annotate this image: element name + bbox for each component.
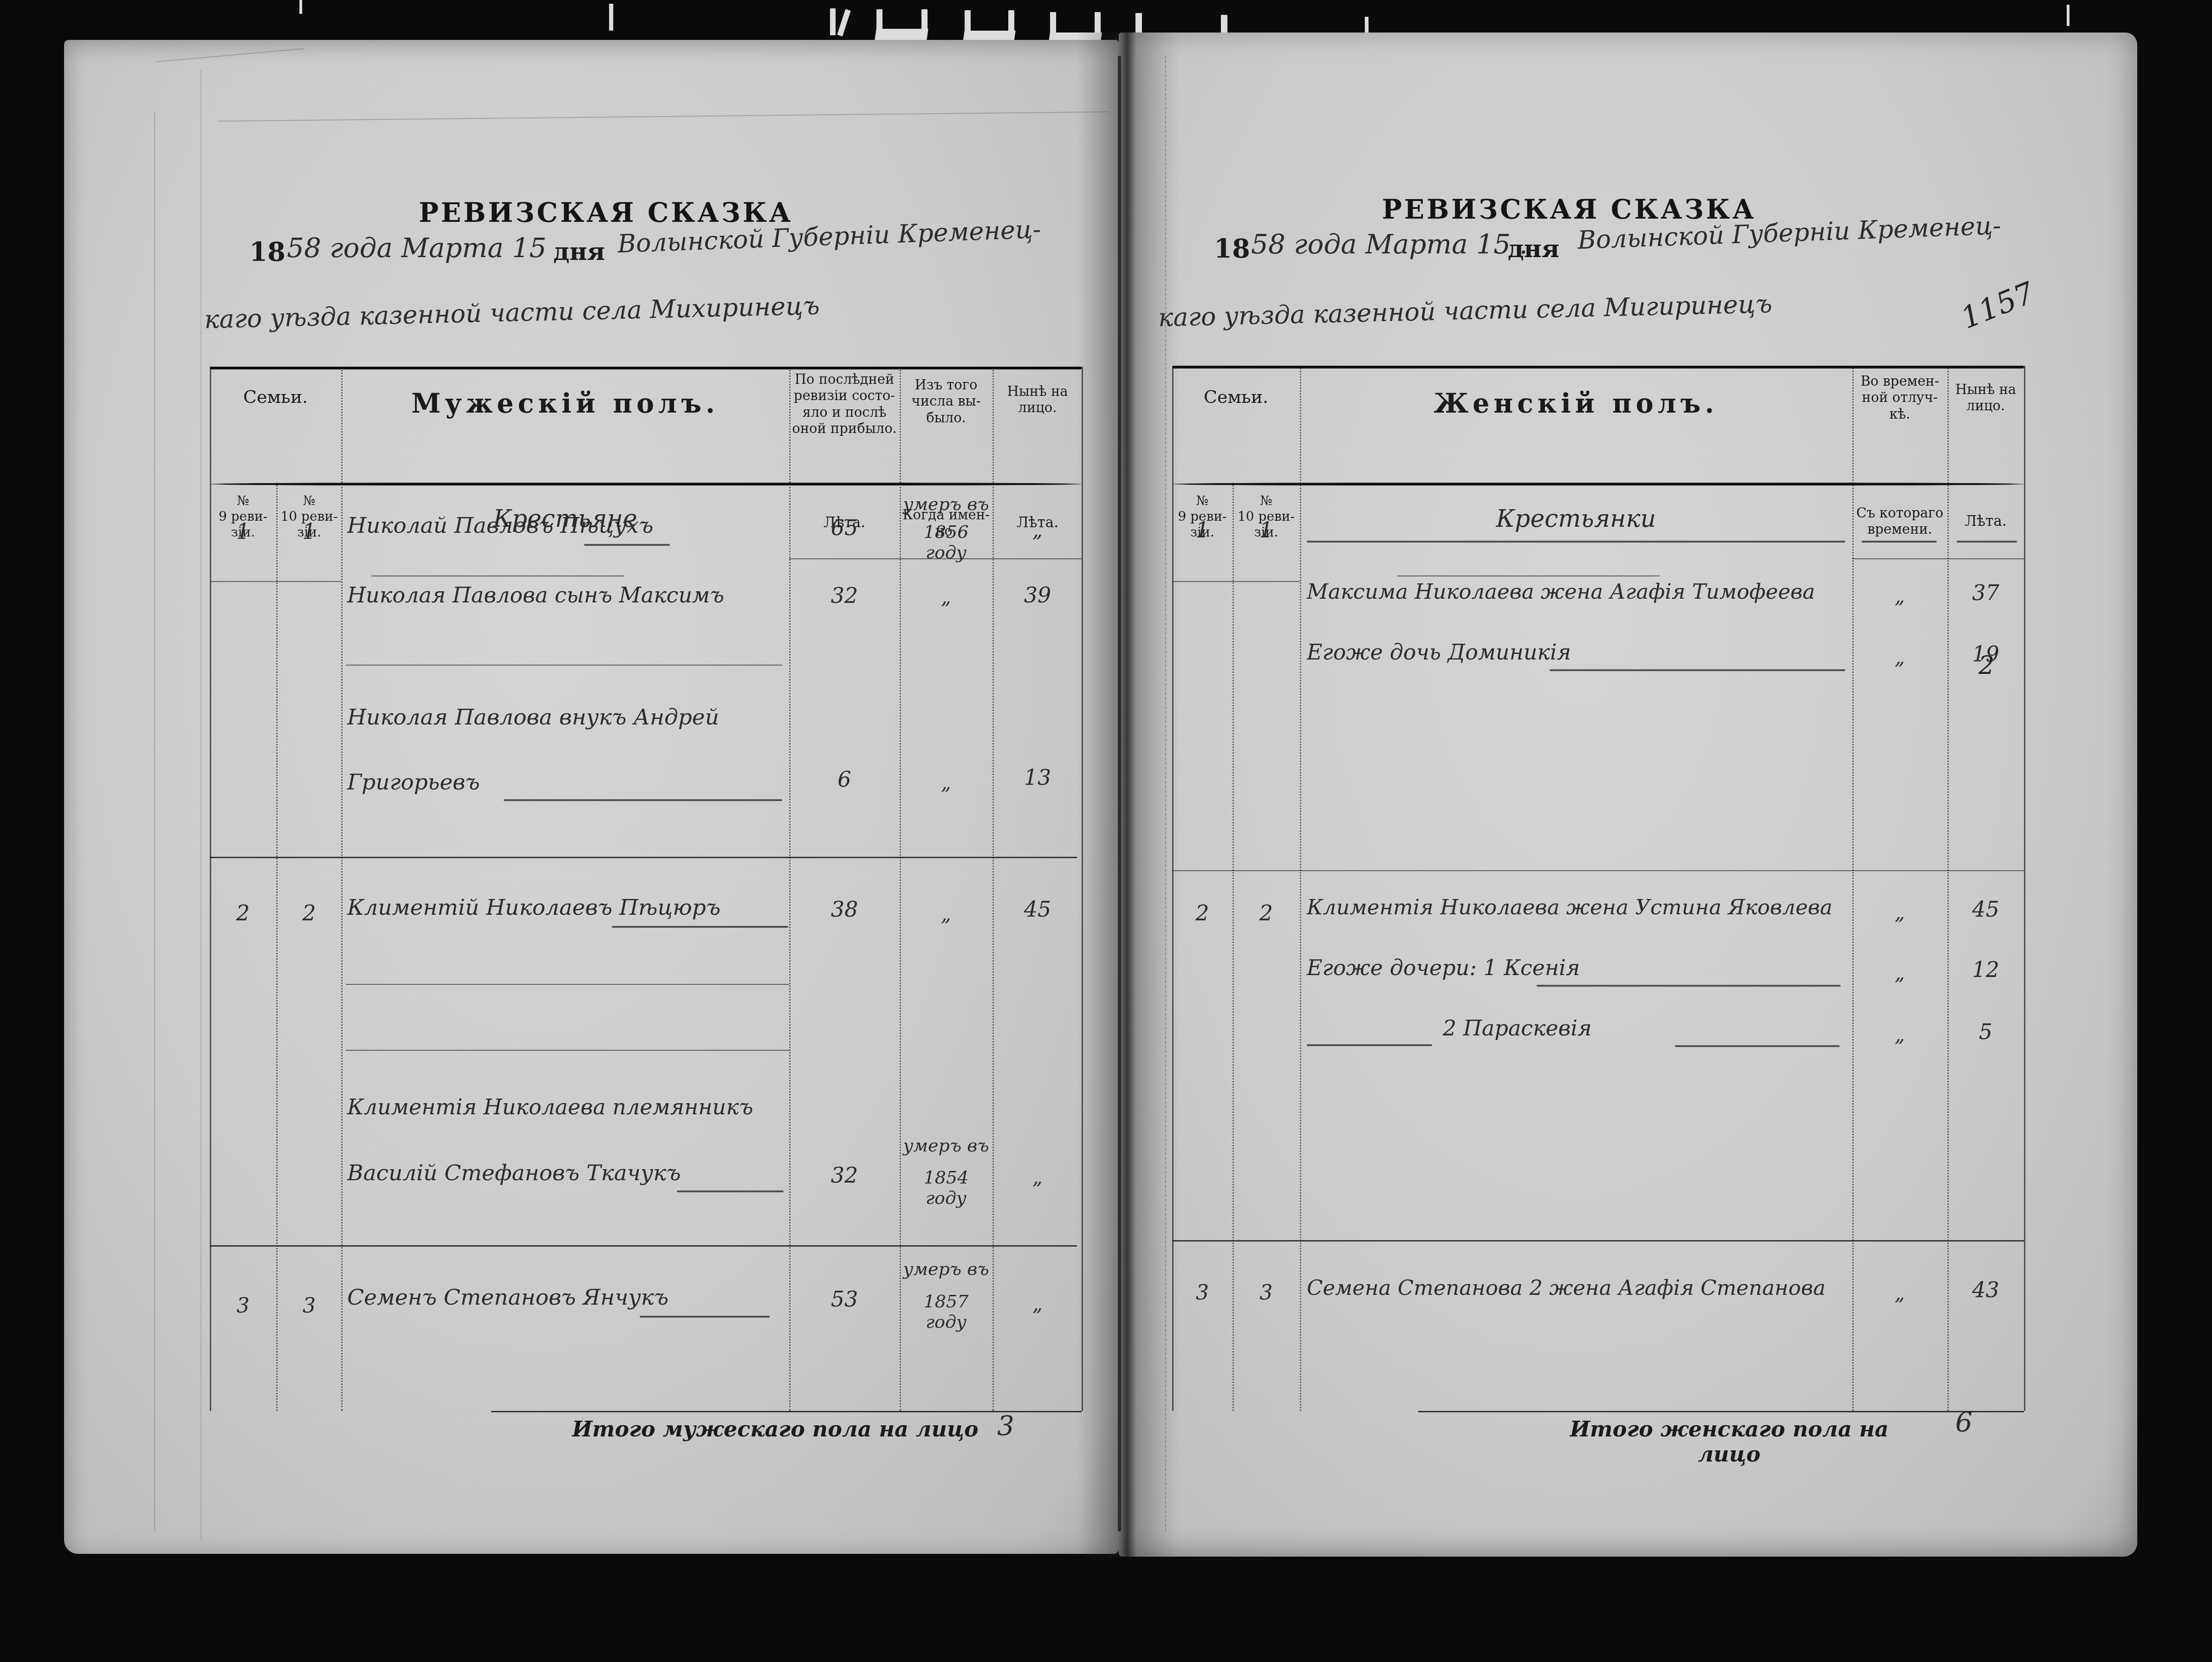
row-age-now: 43 — [1948, 1277, 2023, 1302]
table-rule — [1082, 367, 1083, 1411]
filler-dash — [1957, 541, 2017, 543]
left-date-handwritten: 58 года Марта 15 — [287, 232, 546, 264]
row-age-now: „ — [993, 519, 1082, 542]
page-edge — [154, 111, 155, 1532]
row-departed-year: 1856 году — [901, 522, 992, 563]
row-name: Николая Павлова внукъ Андрей — [347, 705, 719, 730]
table-rule — [1232, 483, 1234, 1411]
row-departed-year: 1857 году — [901, 1291, 992, 1332]
row-name: 2 Параскевія — [1443, 1015, 1592, 1041]
row-age-now: „ — [993, 1166, 1082, 1189]
left-total-value: 3 — [997, 1410, 1014, 1442]
table-rule — [276, 483, 278, 1411]
left-total-label: Итого мужескаго пола на лицо — [571, 1416, 980, 1442]
row-name-line2: Григорьевъ — [347, 770, 480, 795]
table-rule — [210, 581, 341, 582]
row-departed-note: „ — [901, 903, 992, 925]
table-rule — [371, 576, 624, 576]
left-col-present: Нынѣ на лицо. — [993, 383, 1082, 416]
row-name: Климентія Николаева племянникъ — [347, 1094, 753, 1119]
filler-dash — [640, 1316, 770, 1318]
filler-dash — [1862, 541, 1937, 543]
book-fold-crease — [1118, 56, 1121, 1532]
row-family-no-10: 3 — [1232, 1281, 1300, 1305]
row-family-no-9: 2 — [210, 900, 276, 925]
film-frame-mark — [2067, 5, 2069, 26]
row-absence-mark: „ — [1853, 1282, 1946, 1305]
row-name: Климентія Николаева жена Устина Яковлева — [1307, 895, 1832, 919]
row-age-now: 13 — [993, 765, 1082, 790]
row-absence-mark: „ — [1853, 585, 1946, 608]
table-rule — [1852, 558, 2024, 559]
left-year-printed: 18 — [249, 237, 285, 267]
left-col-male-sex: Мужескій полъ. — [341, 388, 789, 419]
filler-dash — [677, 1190, 784, 1192]
right-day-label: дня — [1508, 235, 1559, 263]
filler-dash — [1550, 669, 1845, 671]
row-name: Николая Павлова сынъ Максимъ — [347, 582, 724, 608]
row-family-no-10: 1 — [1232, 517, 1300, 543]
row-absence-mark: „ — [1853, 1023, 1946, 1046]
film-frame-mark — [299, 0, 302, 14]
right-estate-label: Крестьянки — [1300, 505, 1852, 533]
row-departed-note: умеръ въ — [901, 494, 992, 514]
right-page — [1119, 32, 2137, 1557]
table-rule — [2024, 366, 2025, 1411]
row-departed-note: умеръ въ — [901, 1259, 992, 1279]
row-absence-mark: „ — [1853, 901, 1946, 924]
row-name: Семена Степанова 2 жена Агафія Степанова — [1307, 1275, 1826, 1300]
row-age-last-revision: 6 — [790, 767, 899, 792]
right-col-present: Нынѣ на лицо. — [1948, 382, 2023, 414]
row-age-last-revision: 38 — [790, 897, 899, 922]
filler-dash — [1537, 985, 1841, 987]
right-col-family: Семьи. — [1172, 387, 1300, 407]
row-age-now: 37 — [1948, 580, 2023, 605]
right-col-since: Съ котораго времени. — [1853, 505, 1946, 538]
entry-strike-line — [346, 1050, 789, 1051]
row-age-now: 12 — [1948, 957, 2023, 982]
row-departed-year: 1854 году — [901, 1167, 992, 1208]
row-family-no-9: 2 — [1172, 900, 1232, 925]
table-rule — [210, 1245, 1077, 1247]
row-family-no-10: 1 — [277, 519, 341, 544]
row-name-line2: Василій Стефановъ Ткачукъ — [347, 1160, 681, 1186]
row-age-now: 45 — [1948, 897, 2023, 922]
filler-dash — [1307, 1044, 1432, 1046]
film-frame-mark — [830, 8, 836, 35]
row-departed-note: „ — [901, 586, 992, 608]
right-total-label: Итого женскаго пола на лицо — [1537, 1416, 1922, 1467]
row-family-no-9: 1 — [1172, 517, 1232, 543]
row-age-last-revision: 65 — [790, 515, 899, 540]
film-frame-mark — [875, 29, 928, 40]
row-family-no-9: 3 — [210, 1294, 276, 1318]
row-age-last-revision: 32 — [790, 583, 899, 608]
row-family-no-10: 2 — [277, 900, 341, 925]
table-rule — [210, 367, 1082, 369]
book-fold-shadow — [1077, 32, 1179, 1557]
row-age-now: 5 — [1948, 1019, 2023, 1044]
left-col-family: Семьи. — [210, 387, 341, 407]
row-family-no-9: 3 — [1172, 1281, 1232, 1305]
row-age-now: „ — [993, 1293, 1082, 1315]
right-col-years: Лѣта. — [1948, 513, 2023, 530]
filler-dash — [504, 799, 782, 801]
row-age-now: 39 — [993, 582, 1082, 608]
row-name: Николай Павловъ Пѣцухъ — [347, 513, 653, 538]
left-col-departed: Изъ того числа вы- было. — [901, 377, 992, 426]
filler-dash — [584, 544, 670, 546]
row-absence-mark: „ — [1853, 646, 1946, 669]
row-family-no-10: 3 — [277, 1294, 341, 1318]
entry-underline — [346, 665, 782, 666]
table-rule — [491, 1411, 1082, 1412]
row-name: Егоже дочь Доминикія — [1307, 640, 1571, 665]
right-col-female-sex: Женскій полъ. — [1300, 388, 1852, 419]
right-year-printed: 18 — [1214, 233, 1250, 264]
left-day-label: дня — [553, 238, 605, 266]
filler-dash — [1675, 1045, 1840, 1047]
table-rule — [1418, 1411, 2024, 1412]
table-rule — [210, 857, 1077, 858]
row-absence-mark: „ — [1853, 962, 1946, 984]
row-age-last-revision: 53 — [790, 1287, 899, 1312]
microfilm-scan: РЕВИЗСКАЯ СКАЗКА 18 58 года Марта 15 дня… — [0, 0, 2212, 1662]
filler-dash — [1307, 541, 1845, 543]
table-rule — [1397, 576, 1660, 576]
table-rule — [1172, 581, 1300, 582]
right-col-absence: Во времен- ной отлуч- кѣ. — [1853, 373, 1946, 422]
right-total-value: 6 — [1955, 1406, 1972, 1438]
row-departed-note: „ — [901, 771, 992, 794]
film-frame-mark — [609, 4, 613, 31]
entry-strike-line — [346, 984, 789, 985]
page-edge — [201, 70, 201, 1541]
film-frame-mark — [837, 9, 850, 37]
row-age-now: 45 — [993, 897, 1082, 922]
row-name: Егоже дочери: 1 Ксенія — [1307, 955, 1580, 980]
row-name: Максима Николаева жена Агафія Тимофеева — [1307, 579, 1815, 604]
row-family-no-10: 2 — [1232, 900, 1300, 925]
row-name: Семенъ Степановъ Янчукъ — [347, 1285, 668, 1310]
page-edge — [1165, 56, 1166, 1532]
filler-dash — [612, 926, 788, 928]
row-departed-note: умеръ въ — [901, 1135, 992, 1156]
row-age-last-revision: 32 — [790, 1163, 899, 1188]
table-rule — [210, 483, 1082, 485]
row-family-no-9: 1 — [210, 519, 276, 544]
row-age-correction: 2 — [1978, 651, 1994, 680]
row-name: Климентій Николаевъ Пѣцюръ — [347, 895, 720, 920]
right-date-handwritten: 58 года Марта 15 . — [1251, 228, 1528, 260]
left-col-last-revision: По послѣдней ревизіи состо- яло и послѣ … — [790, 371, 899, 437]
